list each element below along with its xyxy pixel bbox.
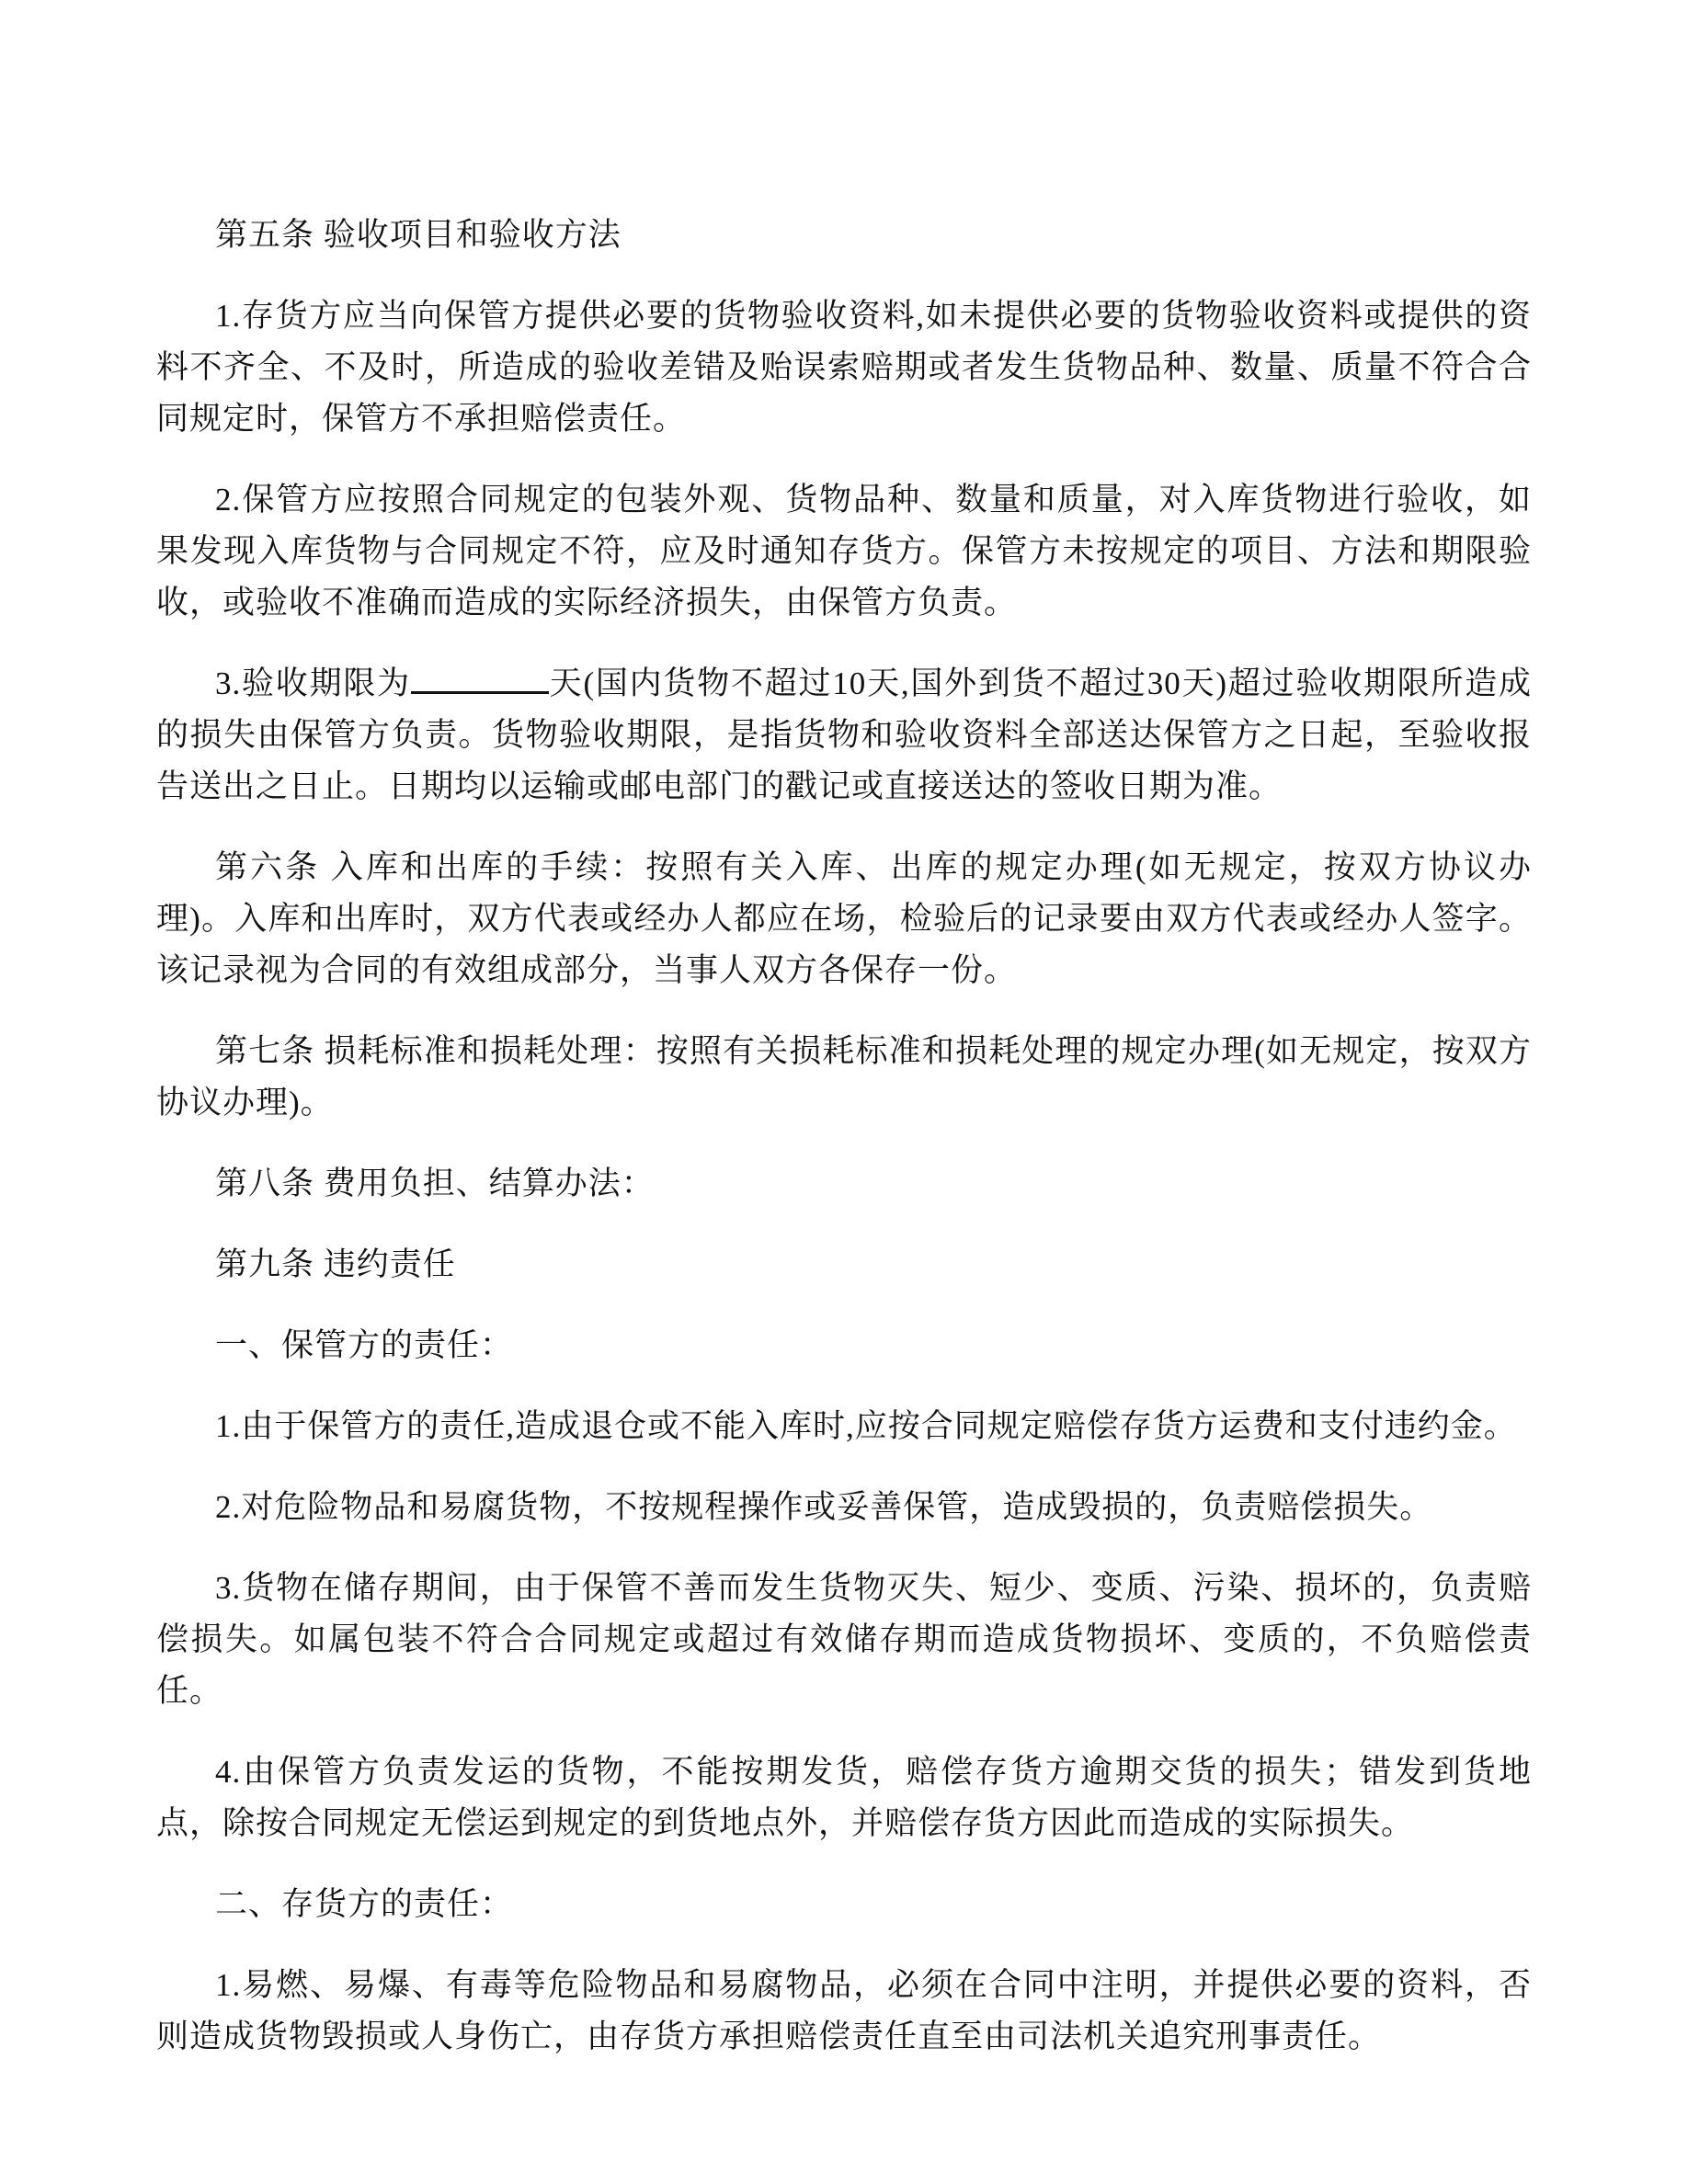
article-5-clause-2: 2.保管方应按照合同规定的包装外观、货物品种、数量和质量，对入库货物进行验收，如… [156, 474, 1532, 629]
article-7-paragraph: 第七条 损耗标准和损耗处理：按照有关损耗标准和损耗处理的规定办理(如无规定，按双… [156, 1026, 1532, 1129]
article-5-clause-3: 3.验收期限为天(国内货物不超过10天,国外到货不超过30天)超过验收期限所造成… [156, 658, 1532, 813]
article-6-paragraph: 第六条 入库和出库的手续：按照有关入库、出库的规定办理(如无规定，按双方协议办理… [156, 842, 1532, 996]
article-5-heading: 第五条 验收项目和验收方法 [156, 210, 1532, 261]
section-1-item-4: 4.由保管方负责发运的货物，不能按期发货，赔偿存货方逾期交货的损失；错发到货地点… [156, 1746, 1532, 1849]
section-1-item-1: 1.由于保管方的责任,造成退仓或不能入库时,应按合同规定赔偿存货方运费和支付违约… [156, 1401, 1532, 1452]
fill-in-blank-line [411, 659, 549, 694]
section-2-item-1: 1.易燃、易爆、有毒等危险物品和易腐物品，必须在合同中注明，并提供必要的资料，否… [156, 1960, 1532, 2063]
document-page: 第五条 验收项目和验收方法 1.存货方应当向保管方提供必要的货物验收资料,如未提… [0, 0, 1688, 2184]
clause-3-text-before-blank: 3.验收期限为 [215, 665, 411, 701]
section-1-title: 一、保管方的责任： [156, 1320, 1532, 1371]
article-9-heading: 第九条 违约责任 [156, 1239, 1532, 1291]
article-8-heading: 第八条 费用负担、结算办法： [156, 1158, 1532, 1210]
section-1-item-2: 2.对危险物品和易腐货物，不按规程操作或妥善保管，造成毁损的，负责赔偿损失。 [156, 1482, 1532, 1533]
article-5-clause-1: 1.存货方应当向保管方提供必要的货物验收资料,如未提供必要的货物验收资料或提供的… [156, 290, 1532, 445]
section-2-title: 二、存货方的责任： [156, 1879, 1532, 1930]
section-1-item-3: 3.货物在储存期间，由于保管不善而发生货物灭失、短少、变质、污染、损坏的，负责赔… [156, 1563, 1532, 1717]
